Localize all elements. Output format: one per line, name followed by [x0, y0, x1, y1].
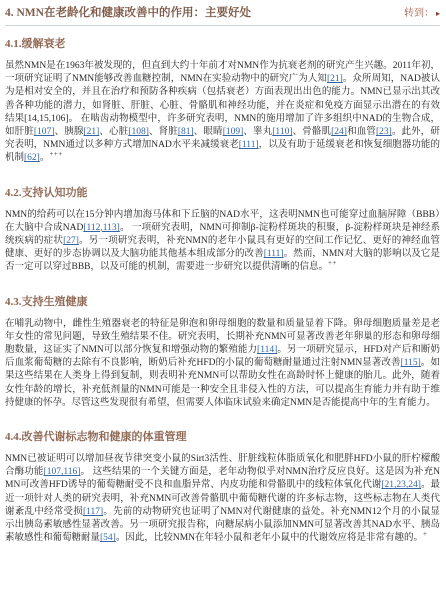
- citation-link[interactable]: [110]: [272, 127, 292, 137]
- citation-link[interactable]: [117]: [83, 507, 103, 517]
- citation-link[interactable]: [108]: [128, 127, 149, 137]
- subsection-paragraph-4-4: NMN已被证明可以增加昼夜节律突变小鼠的Sirt3活性、肝脏线粒体脂质氧化和肥胖…: [5, 453, 440, 545]
- subsection-paragraph-4-2: NMN的给药可以在15分钟内增加海马体和下丘脑的NAD水平，这表明NMN也可能穿…: [5, 209, 440, 275]
- goto-link[interactable]: 转到：▸: [404, 4, 440, 19]
- citation-link[interactable]: [27]: [63, 236, 79, 246]
- subsection-heading-4-1: 4.1.缓解衰老: [5, 38, 440, 51]
- subsection-heading-4-4: 4.4.改善代谢标志物和健康的体重管理: [5, 431, 440, 444]
- subsection-paragraph-4-3: 在哺乳动物中，雌性生殖器衰老的特征是卵泡和卵母细胞的数量和质量显着下降。卵母细胞…: [5, 318, 440, 410]
- footnote-mark: +: [423, 530, 427, 538]
- footnote-mark: +++: [49, 150, 62, 158]
- citation-link[interactable]: [111]: [264, 249, 284, 259]
- citation-link[interactable]: [111]: [239, 140, 259, 150]
- citation-link[interactable]: [107,116]: [44, 467, 81, 477]
- citation-link[interactable]: [21]: [327, 74, 343, 84]
- citation-link[interactable]: [24]: [331, 127, 347, 137]
- goto-dropdown-arrow-icon: ▸: [436, 9, 440, 18]
- section-title: 4. NMN在老龄化和健康改善中的作用：主要好处: [5, 6, 251, 20]
- citation-link[interactable]: [107]: [34, 127, 55, 137]
- goto-label: 转到：: [404, 8, 434, 19]
- citation-link[interactable]: [62]: [24, 153, 40, 163]
- citation-link[interactable]: [23]: [376, 127, 392, 137]
- subsection-heading-4-3: 4.3.支持生殖健康: [5, 296, 440, 309]
- citation-link[interactable]: [21]: [83, 127, 99, 137]
- citation-link[interactable]: [81]: [178, 127, 194, 137]
- citation-link[interactable]: [115]: [401, 358, 421, 368]
- subsection-paragraph-4-1: 虽然NMN是在1963年被发现的，但直到大约十年前才对NMN作为抗衰老剂的研究产…: [5, 60, 440, 166]
- citation-link[interactable]: [21,23,24]: [381, 480, 421, 490]
- section-header-row: 4. NMN在老龄化和健康改善中的作用：主要好处 转到：▸: [5, 2, 440, 26]
- article-page: 4. NMN在老龄化和健康改善中的作用：主要好处 转到：▸ 4.1.缓解衰老 虽…: [0, 0, 446, 545]
- subsection-heading-4-2: 4.2.支持认知功能: [5, 187, 440, 200]
- citation-link[interactable]: [112,113]: [83, 223, 120, 233]
- footnote-mark: ++: [328, 259, 337, 267]
- citation-link[interactable]: [114]: [257, 345, 277, 355]
- citation-link[interactable]: [109]: [223, 127, 244, 137]
- citation-link[interactable]: [54]: [100, 533, 116, 543]
